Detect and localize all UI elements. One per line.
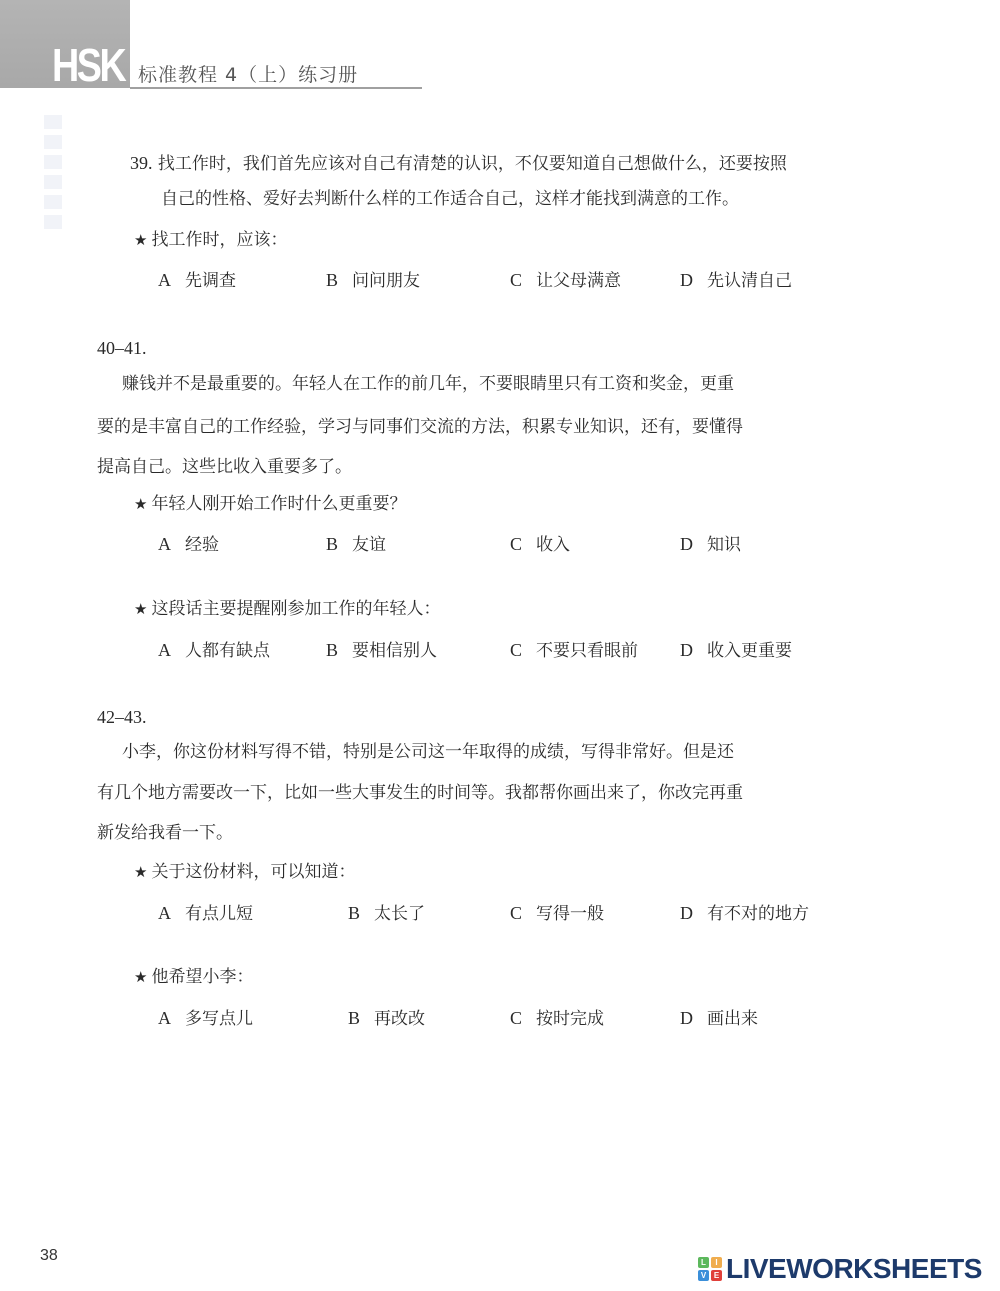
option-a[interactable]: A经验 — [158, 530, 219, 555]
series-logo: HSK — [52, 42, 124, 88]
logo-squares-icon: L I V E — [698, 1257, 722, 1281]
option-c[interactable]: C写得一般 — [510, 899, 604, 924]
q42-options: A有点儿短 B太长了 C写得一般 D有不对的地方 — [158, 899, 878, 923]
q42-43-passage-line3: 新发给我看一下。 — [97, 822, 233, 844]
book-title: 标准教程 4（上）练习册 — [138, 60, 358, 87]
star-icon: ★ — [134, 231, 147, 249]
option-a[interactable]: A有点儿短 — [158, 899, 253, 924]
q42-43-passage-line1: 小李，你这份材料写得不错，特别是公司这一年取得的成绩，写得非常好。但是还 — [122, 741, 734, 763]
q39-prompt: ★找工作时，应该： — [134, 229, 287, 251]
question-number: 40–41. — [97, 337, 147, 359]
option-b[interactable]: B要相信别人 — [326, 636, 437, 661]
option-d[interactable]: D知识 — [680, 530, 741, 555]
q40-41-passage-line2: 要的是丰富自己的工作经验，学习与同事们交流的方法，积累专业知识，还有，要懂得 — [97, 416, 743, 438]
option-b[interactable]: B太长了 — [348, 899, 425, 924]
liveworksheets-logo[interactable]: L I V E LIVEWORKSHEETS — [698, 1254, 982, 1284]
star-icon: ★ — [134, 863, 147, 881]
question-number: 42–43. — [97, 706, 147, 728]
q39-passage-line2: 自己的性格、爱好去判断什么样的工作适合自己，这样才能找到满意的工作。 — [161, 188, 739, 210]
header-divider — [130, 87, 422, 89]
q40-41-passage-line3: 提高自己。这些比收入重要多了。 — [97, 456, 352, 478]
option-d[interactable]: D收入更重要 — [680, 636, 792, 661]
q42-prompt: ★关于这份材料，可以知道： — [134, 861, 355, 883]
logo-text: LIVEWORKSHEETS — [726, 1253, 982, 1285]
q42-43-passage-line2: 有几个地方需要改一下，比如一些大事发生的时间等。我都帮你画出来了，你改完再重 — [97, 782, 743, 804]
q43-prompt: ★他希望小李： — [134, 966, 253, 988]
page-number: 38 — [40, 1247, 58, 1265]
option-d[interactable]: D有不对的地方 — [680, 899, 809, 924]
option-a[interactable]: A人都有缺点 — [158, 636, 270, 661]
q43-options: A多写点儿 B再改改 C按时完成 D画出来 — [158, 1004, 878, 1028]
q41-options: A人都有缺点 B要相信别人 C不要只看眼前 D收入更重要 — [158, 636, 878, 660]
option-c[interactable]: C收入 — [510, 530, 570, 555]
star-icon: ★ — [134, 495, 147, 513]
q40-options: A经验 B友谊 C收入 D知识 — [158, 530, 878, 554]
option-b[interactable]: B问问朋友 — [326, 266, 420, 291]
margin-bleed-through — [44, 115, 62, 235]
option-d[interactable]: D先认清自己 — [680, 266, 792, 291]
q39-options: A先调查 B问问朋友 C让父母满意 D先认清自己 — [158, 266, 878, 290]
q39-passage-line1: 39. 找工作时，我们首先应该对自己有清楚的认识，不仅要知道自己想做什么，还要按… — [130, 152, 787, 175]
option-c[interactable]: C按时完成 — [510, 1004, 604, 1029]
option-a[interactable]: A先调查 — [158, 266, 236, 291]
option-b[interactable]: B再改改 — [348, 1004, 425, 1029]
option-a[interactable]: A多写点儿 — [158, 1004, 253, 1029]
q40-prompt: ★年轻人刚开始工作时什么更重要？ — [134, 493, 406, 515]
option-c[interactable]: C让父母满意 — [510, 266, 621, 291]
option-c[interactable]: C不要只看眼前 — [510, 636, 638, 661]
option-d[interactable]: D画出来 — [680, 1004, 758, 1029]
star-icon: ★ — [134, 968, 147, 986]
question-number: 39. — [130, 153, 153, 173]
q41-prompt: ★这段话主要提醒刚参加工作的年轻人： — [134, 598, 440, 620]
q40-41-passage-line1: 赚钱并不是最重要的。年轻人在工作的前几年，不要眼睛里只有工资和奖金，更重 — [122, 373, 734, 395]
option-b[interactable]: B友谊 — [326, 530, 386, 555]
star-icon: ★ — [134, 600, 147, 618]
